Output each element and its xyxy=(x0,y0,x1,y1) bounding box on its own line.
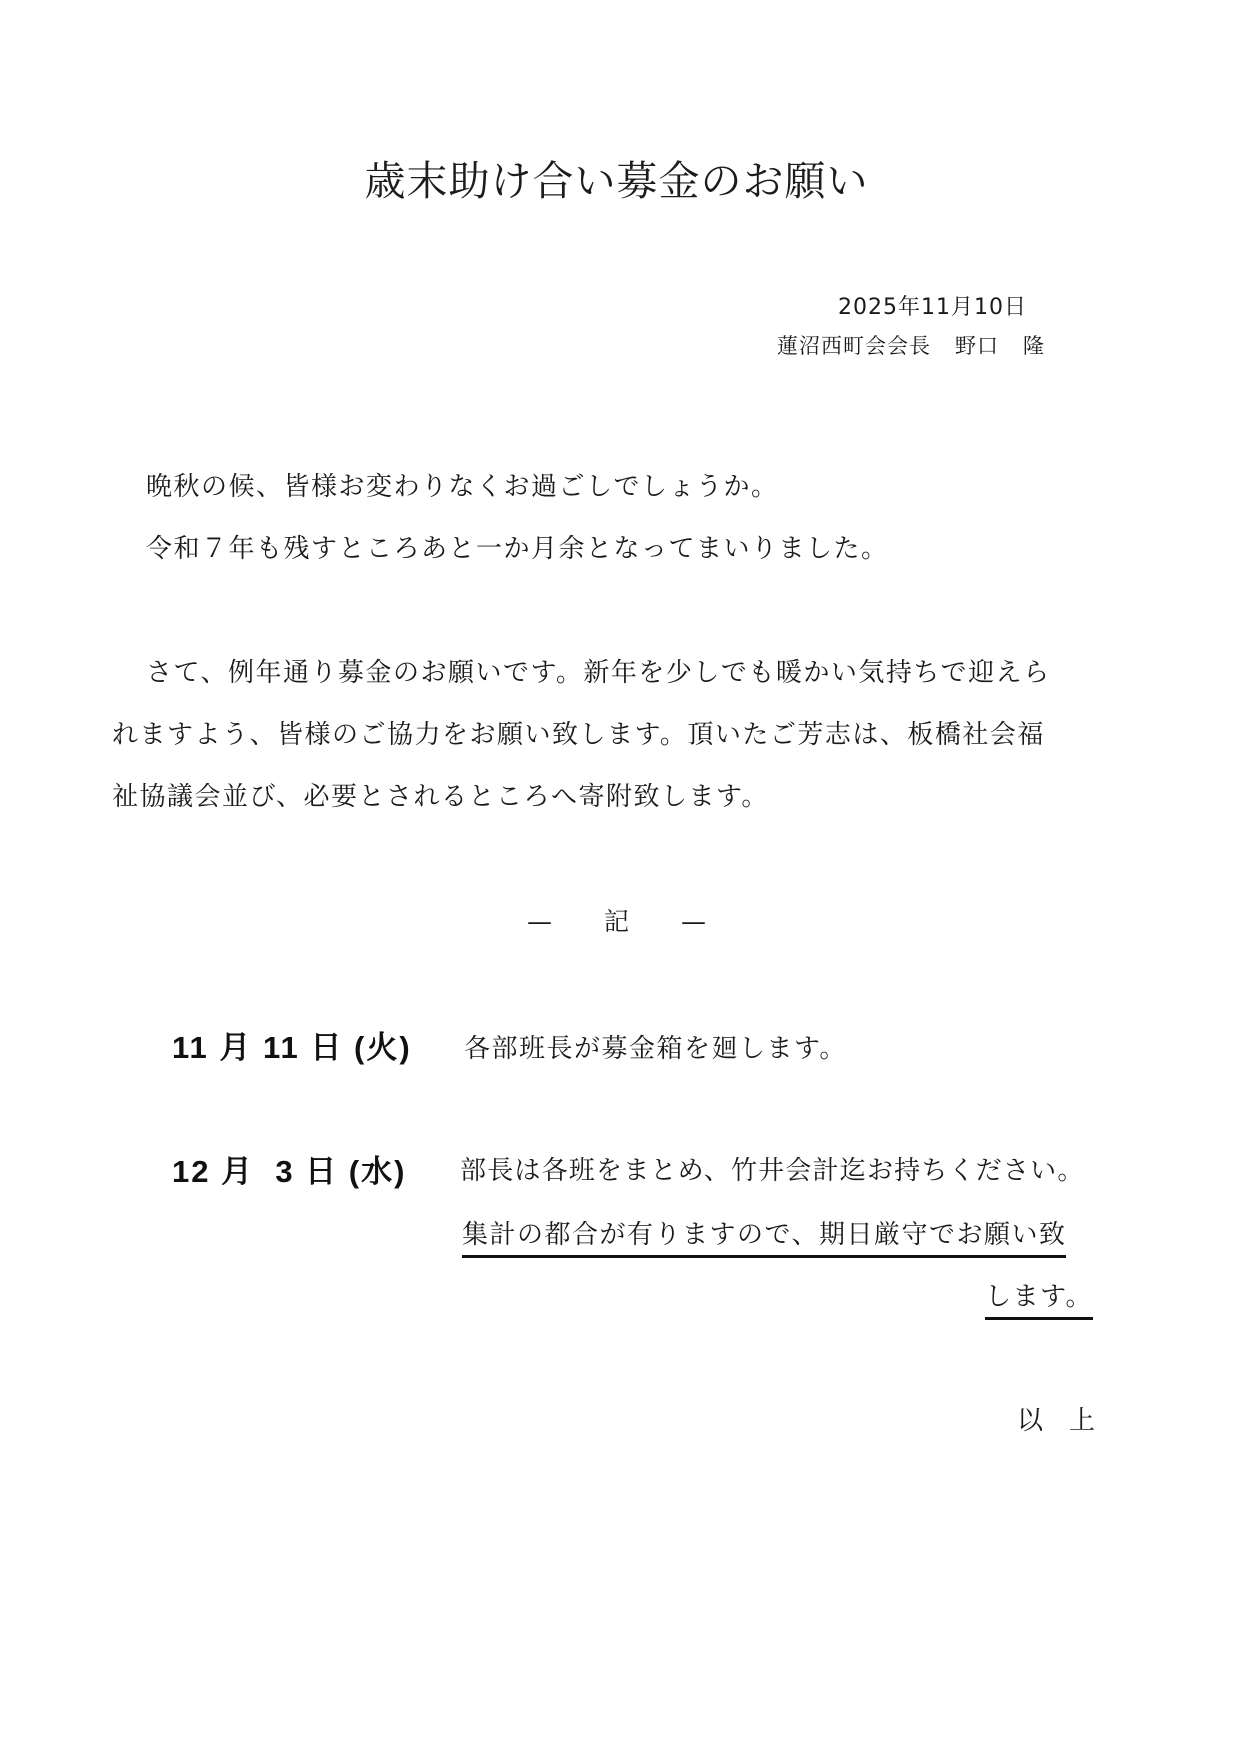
author-given-name: 隆 xyxy=(1023,334,1045,358)
ki-label: 記 xyxy=(604,902,629,938)
ki-heading: —記— xyxy=(0,902,1233,938)
author-line: 蓮沼西町会会長野口隆 xyxy=(777,330,1045,360)
author-family-name: 野口 xyxy=(955,334,999,358)
closing-part-1: 以 xyxy=(1017,1400,1043,1437)
document-title: 歳末助け合い募金のお願い xyxy=(0,148,1233,207)
dash-left: — xyxy=(527,907,552,936)
schedule-text-1: 各部班長が募金箱を廻します。 xyxy=(464,1028,847,1065)
dash-right: — xyxy=(681,907,706,936)
greeting-line-1: 晩秋の候、皆様お変わりなくお過ごしでしょうか。 xyxy=(146,466,779,503)
body-line-1: さて、例年通り募金のお願いです。新年を少しでも暖かい気持ちで迎えら xyxy=(146,652,1051,689)
body-line-3: 祉協議会並び、必要とされるところへ寄附致します。 xyxy=(112,776,769,813)
author-role: 蓮沼西町会会長 xyxy=(777,334,931,358)
schedule-date-2: 12 月 3 日 (水) xyxy=(172,1146,406,1191)
closing-mark: 以上 xyxy=(1017,1400,1095,1437)
issue-date: 2025年11月10日 xyxy=(838,290,1027,321)
greeting-line-2: 令和７年も残すところあと一か月余となってまいりました。 xyxy=(146,528,889,565)
schedule-text-2: 部長は各班をまとめ、竹井会計迄お持ちください。 xyxy=(460,1150,1085,1187)
closing-part-2: 上 xyxy=(1069,1400,1095,1437)
body-line-2: れますよう、皆様のご協力をお願い致します。頂いたご芳志は、板橋社会福 xyxy=(112,714,1045,751)
deadline-note-line-2: します。 xyxy=(985,1276,1093,1320)
deadline-note-line-1: 集計の都合が有りますので、期日厳守でお願い致 xyxy=(462,1214,1066,1258)
schedule-date-1: 11 月 11 日 (火) xyxy=(172,1022,412,1067)
